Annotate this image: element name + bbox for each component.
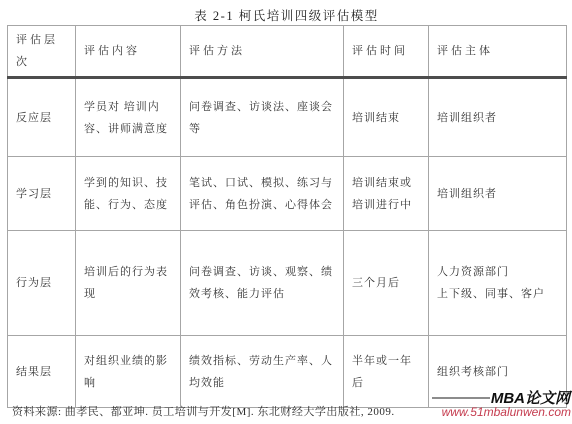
cell-level: 行为层 — [8, 231, 76, 336]
document-page: 表 2-1 柯氏培训四级评估模型 评估层次 评估内容 评估方法 评估时间 评估主… — [0, 0, 572, 424]
cell-time: 三个月后 — [344, 231, 429, 336]
cell-subject: 培训组织者 — [429, 78, 567, 157]
watermark-url: www.51mbalunwen.com — [442, 405, 571, 419]
table-row: 学习层 学到的知识、技 能、行为、态度 笔试、口试、模拟、练习与 评估、角色扮演… — [8, 157, 567, 231]
header-cell-level: 评估层次 — [8, 26, 76, 78]
cell-time: 培训结束 — [344, 78, 429, 157]
cell-method: 问卷调查、访谈法、座谈会 等 — [181, 78, 344, 157]
table-caption: 表 2-1 柯氏培训四级评估模型 — [7, 6, 566, 24]
header-cell-subject: 评估主体 — [429, 26, 567, 78]
cell-method: 绩效指标、劳动生产率、人 均效能 — [181, 336, 344, 408]
table-row: 行为层 培训后的行为表 现 问卷调查、访谈、观察、绩 效考核、能力评估 三个月后… — [8, 231, 567, 336]
cell-subject: 培训组织者 — [429, 157, 567, 231]
header-cell-method: 评估方法 — [181, 26, 344, 78]
cell-time: 培训结束或 培训进行中 — [344, 157, 429, 231]
cell-level: 学习层 — [8, 157, 76, 231]
cell-content: 培训后的行为表 现 — [76, 231, 181, 336]
header-row: 评估层次 评估内容 评估方法 评估时间 评估主体 — [8, 26, 567, 78]
cell-content: 学员对 培训内 容、讲师满意度 — [76, 78, 181, 157]
cell-method: 笔试、口试、模拟、练习与 评估、角色扮演、心得体会 — [181, 157, 344, 231]
table-row: 反应层 学员对 培训内 容、讲师满意度 问卷调查、访谈法、座谈会 等 培训结束 … — [8, 78, 567, 157]
cell-content: 学到的知识、技 能、行为、态度 — [76, 157, 181, 231]
header-cell-time: 评估时间 — [344, 26, 429, 78]
watermark-dash — [432, 397, 490, 399]
header-cell-content: 评估内容 — [76, 26, 181, 78]
cell-method: 问卷调查、访谈、观察、绩 效考核、能力评估 — [181, 231, 344, 336]
cell-subject: 人力资源部门 上下级、同事、客户 — [429, 231, 567, 336]
cell-content: 对组织业绩的影 响 — [76, 336, 181, 408]
cell-time: 半年或一年 后 — [344, 336, 429, 408]
source-citation: 资料来源: 曲孝民、都亚坤. 员工培训与开发[M]. 东北财经大学出版社, 20… — [12, 403, 395, 419]
cell-level: 反应层 — [8, 78, 76, 157]
evaluation-model-table: 评估层次 评估内容 评估方法 评估时间 评估主体 反应层 学员对 培训内 容、讲… — [7, 25, 567, 408]
cell-level: 结果层 — [8, 336, 76, 408]
